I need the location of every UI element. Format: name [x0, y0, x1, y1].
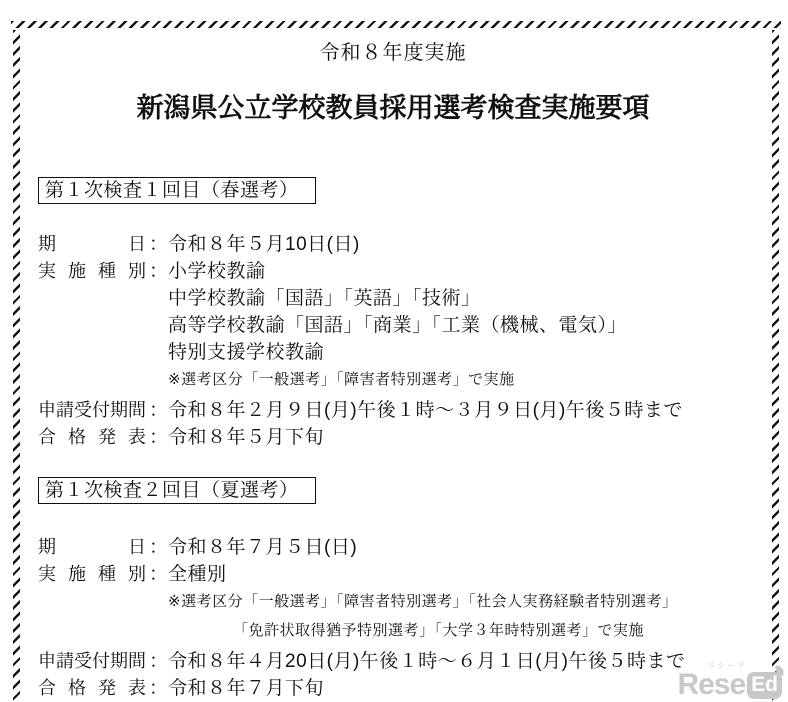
exam-type-line: 特別支援学校教諭 [168, 339, 748, 366]
row-label: 申請受付期間 [38, 648, 146, 675]
row-label: 合格発表 [38, 424, 146, 451]
dashed-border-top [11, 21, 781, 28]
label-colon: ： [146, 397, 168, 424]
row-value: 令和８年５月10日(日) [168, 231, 748, 258]
section-heading-box: 第１次検査１回目（春選考） [38, 177, 316, 204]
row-value: 全種別 ※選考区分「一般選考」「障害者特別選考」「社会人実務経験者特別選考」 「… [168, 561, 748, 648]
row-application-period: 申請受付期間 ： 令和８年２月９日(月)午後１時～３月９日(月)午後５時まで [38, 397, 748, 424]
row-label: 合格発表 [38, 675, 146, 702]
row-value: 令和８年７月下旬 [168, 675, 748, 702]
exam-type-line: 高等学校教諭「国語」「商業」「工業（機械、電気）」 [168, 312, 748, 339]
row-value: 令和８年５月下旬 [168, 424, 748, 451]
row-exam-date: 期日 ： 令和８年７月５日(日) [38, 534, 748, 561]
row-result-announcement: 合格発表 ： 令和８年５月下旬 [38, 424, 748, 451]
reseed-badge-text: Ed [751, 673, 778, 696]
document-page: 令和８年度実施 新潟県公立学校教員採用選考検査実施要項 第１次検査１回目（春選考… [0, 0, 788, 702]
label-colon: ： [146, 424, 168, 451]
selection-category-note: ※選考区分「一般選考」「障害者特別選考」「社会人実務経験者特別選考」 [168, 590, 748, 614]
row-label: 期日 [38, 231, 146, 258]
exam-type-line: 全種別 [168, 561, 748, 588]
announcement-value: 令和８年５月下旬 [168, 424, 748, 451]
label-colon: ： [146, 675, 168, 702]
row-label: 実施種別 [38, 561, 146, 588]
exam-date-value: 令和８年７月５日(日) [168, 534, 748, 561]
row-label: 期日 [38, 534, 146, 561]
application-period-value: 令和８年４月20日(月)午後１時～６月１日(月)午後５時まで [168, 648, 748, 675]
label-colon: ： [146, 258, 168, 285]
row-value: 令和８年７月５日(日) [168, 534, 748, 561]
section-first-exam-spring: 第１次検査１回目（春選考） 期日 ： 令和８年５月10日(日) 実施種別 ： 小… [38, 177, 748, 451]
section-heading-box: 第１次検査２回目（夏選考） [38, 477, 316, 504]
section-first-exam-summer: 第１次検査２回目（夏選考） 期日 ： 令和８年７月５日(日) 実施種別 ： 全種… [38, 477, 748, 702]
fiscal-year-subtitle: 令和８年度実施 [38, 42, 748, 64]
section-rows: 期日 ： 令和８年５月10日(日) 実施種別 ： 小学校教諭 中学校教諭「国語」… [38, 231, 748, 451]
row-label: 実施種別 [38, 258, 146, 285]
row-value: 令和８年４月20日(月)午後１時～６月１日(月)午後５時まで [168, 648, 748, 675]
label-colon: ： [146, 534, 168, 561]
label-colon: ： [146, 648, 168, 675]
announcement-value: 令和８年７月下旬 [168, 675, 748, 702]
row-exam-types: 実施種別 ： 全種別 ※選考区分「一般選考」「障害者特別選考」「社会人実務経験者… [38, 561, 748, 648]
reseed-logo: リシード Rese Ed [677, 661, 782, 700]
reseed-logo-badge: Ed [747, 672, 782, 699]
row-application-period: 申請受付期間 ： 令和８年４月20日(月)午後１時～６月１日(月)午後５時まで [38, 648, 748, 675]
section-rows: 期日 ： 令和８年７月５日(日) 実施種別 ： 全種別 ※選考区分「一般選考」「… [38, 534, 748, 702]
document-content: 令和８年度実施 新潟県公立学校教員採用選考検査実施要項 第１次検査１回目（春選考… [0, 42, 788, 702]
label-colon: ： [146, 231, 168, 258]
reseed-logo-row: Rese Ed [677, 670, 782, 700]
row-label: 申請受付期間 [38, 397, 146, 424]
document-title: 新潟県公立学校教員採用選考検査実施要項 [38, 93, 748, 123]
selection-category-note: ※選考区分「一般選考」「障害者特別選考」で実施 [168, 368, 748, 392]
row-value: 令和８年２月９日(月)午後１時～３月９日(月)午後５時まで [168, 397, 748, 424]
row-exam-types: 実施種別 ： 小学校教諭 中学校教諭「国語」「英語」「技術」 高等学校教諭「国語… [38, 258, 748, 397]
row-value: 小学校教諭 中学校教諭「国語」「英語」「技術」 高等学校教諭「国語」「商業」「工… [168, 258, 748, 397]
application-period-value: 令和８年２月９日(月)午後１時～３月９日(月)午後５時まで [168, 397, 748, 424]
exam-date-value: 令和８年５月10日(日) [168, 231, 748, 258]
reseed-logo-text: Rese [677, 670, 745, 700]
row-result-announcement: 合格発表 ： 令和８年７月下旬 [38, 675, 748, 702]
selection-category-note: 「免許状取得猶予特別選考」「大学３年時特別選考」で実施 [168, 619, 748, 643]
label-colon: ： [146, 561, 168, 588]
exam-type-line: 中学校教諭「国語」「英語」「技術」 [168, 285, 748, 312]
exam-type-line: 小学校教諭 [168, 258, 748, 285]
row-exam-date: 期日 ： 令和８年５月10日(日) [38, 231, 748, 258]
